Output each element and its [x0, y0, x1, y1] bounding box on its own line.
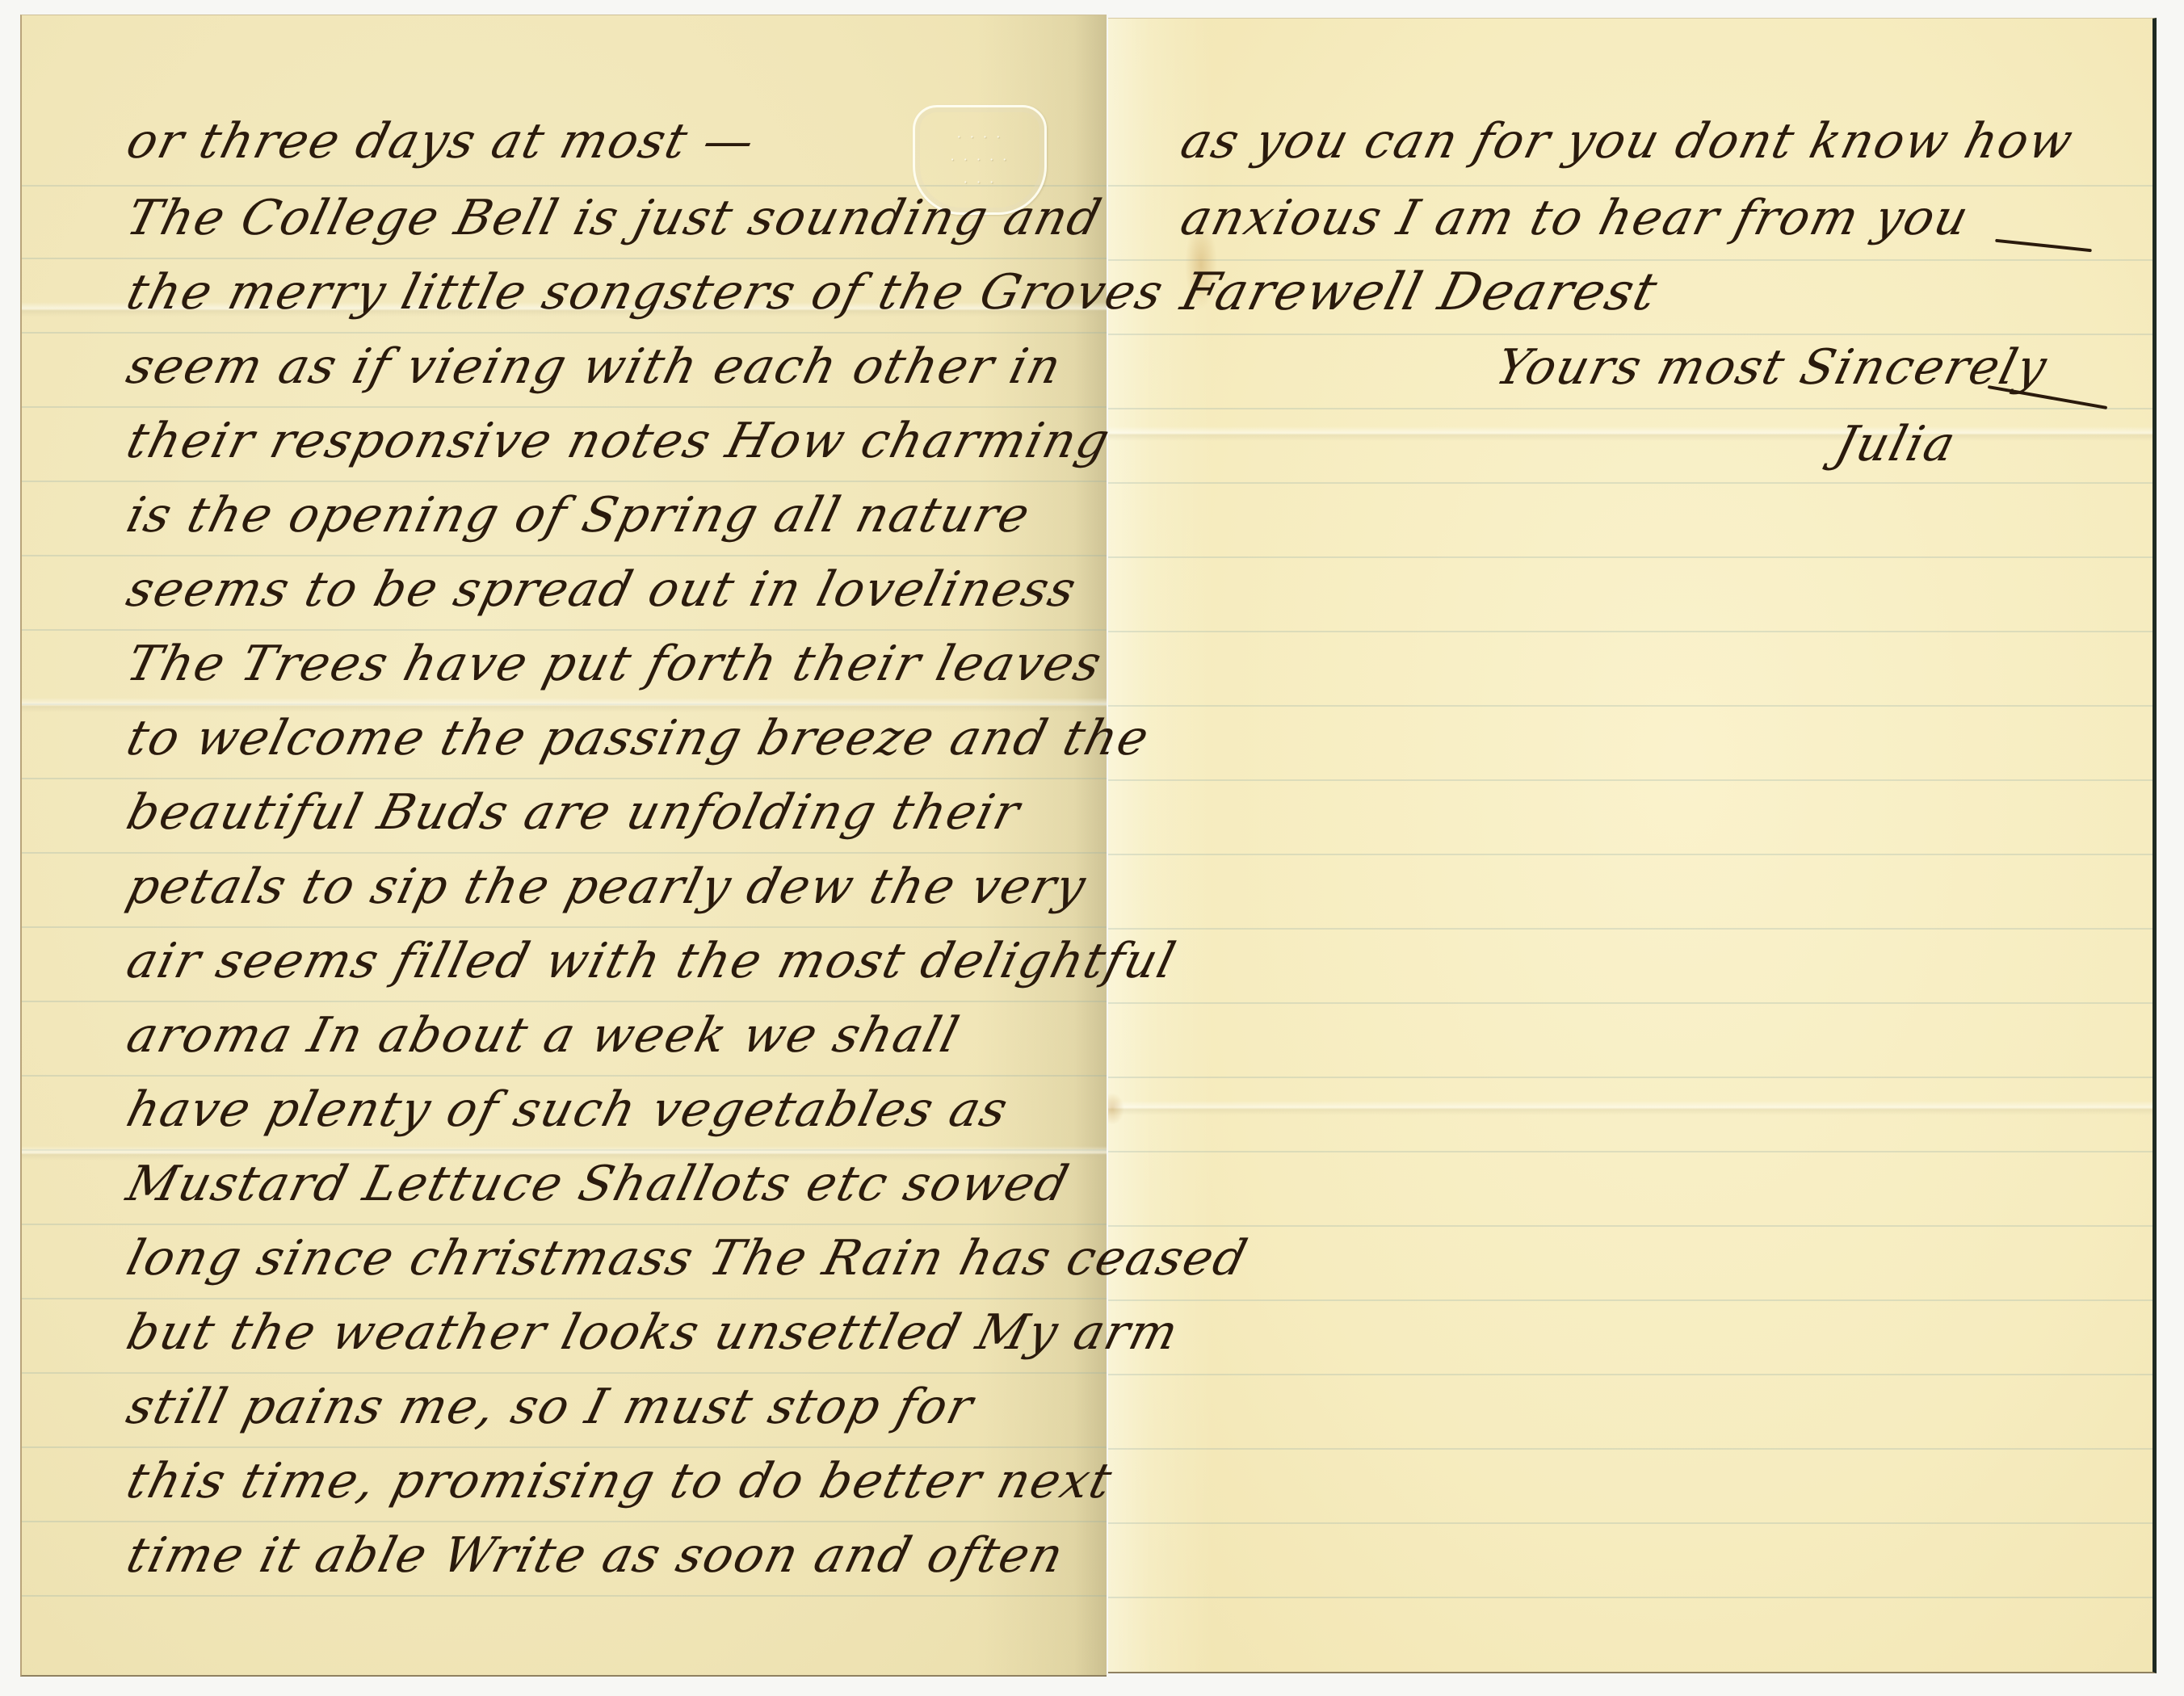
ruled-line [1108, 1151, 2152, 1152]
handwritten-line: as you can for you dont know how [1175, 113, 2080, 170]
handwritten-line: Mustard Lettuce Shallots etc sowed [121, 1156, 1075, 1212]
ruled-line [1108, 334, 2152, 335]
handwritten-line: anxious I am to hear from you [1175, 190, 1976, 246]
handwritten-line: the merry little songsters of the Groves [121, 264, 1170, 321]
ruled-line [1108, 1299, 2152, 1301]
ruled-line [1108, 631, 2152, 632]
ruled-line [1108, 1002, 2152, 1004]
ruled-line [22, 778, 1107, 779]
fold-crease [1108, 1101, 2152, 1115]
ruled-line [22, 406, 1107, 408]
ruled-line [22, 1075, 1107, 1077]
handwritten-line: time it able Write as soon and often [121, 1527, 1070, 1584]
ruled-line [1108, 705, 2152, 707]
handwritten-line: have plenty of such vegetables as [121, 1081, 1014, 1138]
handwritten-line: The College Bell is just sounding and [121, 190, 1108, 246]
handwritten-line: seem as if vieing with each other in [121, 338, 1068, 395]
ruled-line [22, 852, 1107, 854]
handwritten-line: petals to sip the pearly dew the very [121, 858, 1093, 915]
fold-crease [1108, 426, 2152, 441]
scanned-letter: · · · · · · · · · · · · or three days at… [0, 0, 2184, 1696]
ruled-line [22, 1521, 1107, 1522]
ruled-line [1108, 854, 2152, 855]
ruled-line [22, 1224, 1107, 1225]
ruled-line [22, 1372, 1107, 1374]
handwritten-line: seems to be spread out in loveliness [121, 561, 1083, 618]
ruled-line [1108, 779, 2152, 781]
ruled-line [22, 1446, 1107, 1448]
ruled-line [1108, 1374, 2152, 1375]
handwritten-line: long since christmass The Rain has cease… [121, 1230, 1254, 1287]
ruled-line [22, 1595, 1107, 1597]
farewell-line: Farewell Dearest [1175, 262, 1664, 322]
ink-stain [1108, 1093, 1124, 1125]
handwritten-line: The Trees have put forth their leaves [121, 636, 1108, 692]
ruled-line [22, 1001, 1107, 1002]
ruled-line [1108, 1597, 2152, 1598]
ruled-line [1108, 1522, 2152, 1524]
closing-line: Yours most Sincerely [1490, 339, 2053, 396]
ruled-line [22, 481, 1107, 482]
ruled-line [1108, 556, 2152, 558]
ruled-line [1108, 185, 2152, 187]
handwritten-line: is the opening of Spring all nature [121, 487, 1036, 544]
ruled-line [1108, 1077, 2152, 1078]
ruled-line [22, 1298, 1107, 1299]
ruled-line [1108, 259, 2152, 261]
handwritten-line: or three days at most — [121, 113, 762, 170]
ruled-line [1108, 928, 2152, 930]
handwritten-line: still pains me, so I must stop for [121, 1379, 980, 1435]
handwritten-line: to welcome the passing breeze and the [121, 710, 1156, 766]
handwritten-line: beautiful Buds are unfolding their [121, 784, 1027, 841]
handwritten-line: air seems filled with the most delightfu… [121, 933, 1182, 989]
ruled-line [1108, 1448, 2152, 1450]
ruled-line [1108, 408, 2152, 409]
ruled-line [22, 258, 1107, 259]
ruled-line [22, 926, 1107, 928]
ruled-line [1108, 1225, 2152, 1227]
handwritten-line: but the weather looks unsettled My arm [121, 1304, 1185, 1361]
ruled-line [1108, 482, 2152, 484]
handwritten-line: aroma In about a week we shall [121, 1007, 965, 1064]
ruled-line [22, 555, 1107, 556]
ruled-line [22, 629, 1107, 631]
handwritten-line: their responsive notes How charming [121, 413, 1116, 469]
signature: Julia [1829, 416, 1962, 472]
handwritten-line: this time, promising to do better next [121, 1453, 1119, 1509]
ruled-line [22, 332, 1107, 334]
